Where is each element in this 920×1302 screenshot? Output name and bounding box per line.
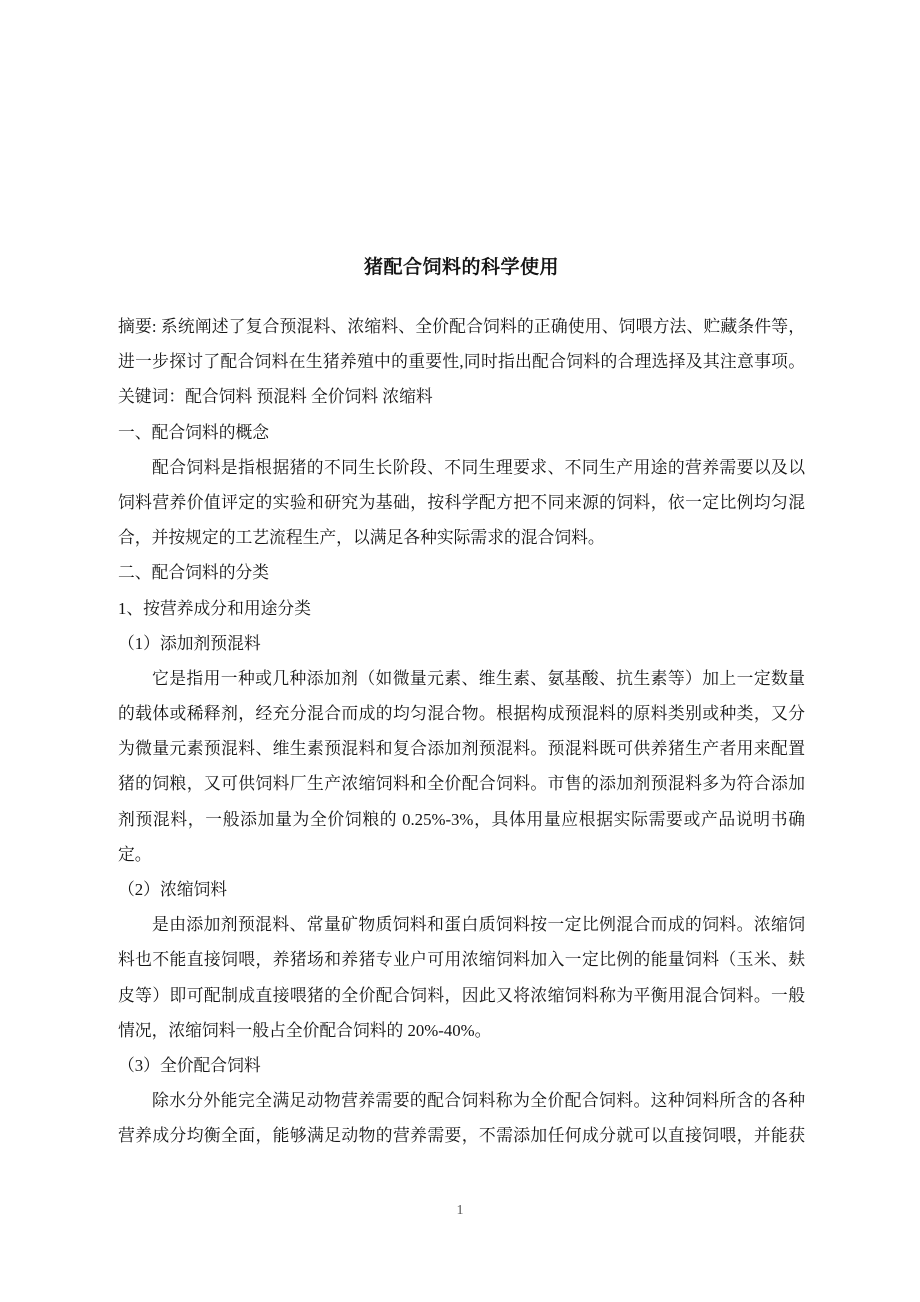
body-line: 皮等）即可配制成直接喂猪的全价配合饲料，因此又将浓缩饲料称为平衡用混合饲料。一般 bbox=[118, 978, 805, 1013]
body-line: 情况，浓缩饲料一般占全价配合饲料的 20%-40%。 bbox=[118, 1013, 805, 1048]
abstract-line: 进一步探讨了配合饲料在生猪养殖中的重要性,同时指出配合饲料的合理选择及其注意事项… bbox=[118, 344, 805, 379]
document-body: 摘要: 系统阐述了复合预混料、浓缩料、全价配合饲料的正确使用、饲喂方法、贮藏条件… bbox=[118, 309, 805, 1154]
body-line: 合，并按规定的工艺流程生产，以满足各种实际需求的混合饲料。 bbox=[118, 520, 805, 555]
body-line: 定。 bbox=[118, 837, 805, 872]
body-line: 料也不能直接饲喂，养猪场和养猪专业户可用浓缩饲料加入一定比例的能量饲料（玉米、麸 bbox=[118, 942, 805, 977]
body-line: 剂预混料，一般添加量为全价饲粮的 0.25%-3%，具体用量应根据实际需要或产品… bbox=[118, 802, 805, 837]
keywords-line: 关键词：配合饲料 预混料 全价饲料 浓缩料 bbox=[118, 379, 805, 414]
sub-heading: 1、按营养成分和用途分类 bbox=[118, 591, 805, 626]
document-title: 猪配合饲料的科学使用 bbox=[118, 250, 805, 285]
body-line: 猪的饲粮，又可供饲料厂生产浓缩饲料和全价配合饲料。市售的添加剂预混料多为符合添加 bbox=[118, 766, 805, 801]
sub-heading: （1）添加剂预混料 bbox=[118, 626, 805, 661]
body-line: 营养成分均衡全面，能够满足动物的营养需要，不需添加任何成分就可以直接饲喂，并能获 bbox=[118, 1118, 805, 1153]
sub-heading: （2）浓缩饲料 bbox=[118, 872, 805, 907]
body-line: 饲料营养价值评定的实验和研究为基础，按科学配方把不同来源的饲料，依一定比例均匀混 bbox=[118, 485, 805, 520]
document-page: 猪配合饲料的科学使用 摘要: 系统阐述了复合预混料、浓缩料、全价配合饲料的正确使… bbox=[0, 0, 920, 1302]
body-line: 是由添加剂预混料、常量矿物质饲料和蛋白质饲料按一定比例混合而成的饲料。浓缩饲 bbox=[118, 907, 805, 942]
sub-heading: （3）全价配合饲料 bbox=[118, 1048, 805, 1083]
page-number: 1 bbox=[0, 1203, 920, 1219]
body-line: 它是指用一种或几种添加剂（如微量元素、维生素、氨基酸、抗生素等）加上一定数量 bbox=[118, 661, 805, 696]
body-line: 为微量元素预混料、维生素预混料和复合添加剂预混料。预混料既可供养猪生产者用来配置 bbox=[118, 731, 805, 766]
section-heading: 二、配合饲料的分类 bbox=[118, 555, 805, 590]
abstract-line: 摘要: 系统阐述了复合预混料、浓缩料、全价配合饲料的正确使用、饲喂方法、贮藏条件… bbox=[118, 309, 805, 344]
body-line: 配合饲料是指根据猪的不同生长阶段、不同生理要求、不同生产用途的营养需要以及以 bbox=[118, 450, 805, 485]
body-line: 除水分外能完全满足动物营养需要的配合饲料称为全价配合饲料。这种饲料所含的各种 bbox=[118, 1083, 805, 1118]
body-line: 的载体或稀释剂，经充分混合而成的均匀混合物。根据构成预混料的原料类别或种类，又分 bbox=[118, 696, 805, 731]
section-heading: 一、配合饲料的概念 bbox=[118, 415, 805, 450]
